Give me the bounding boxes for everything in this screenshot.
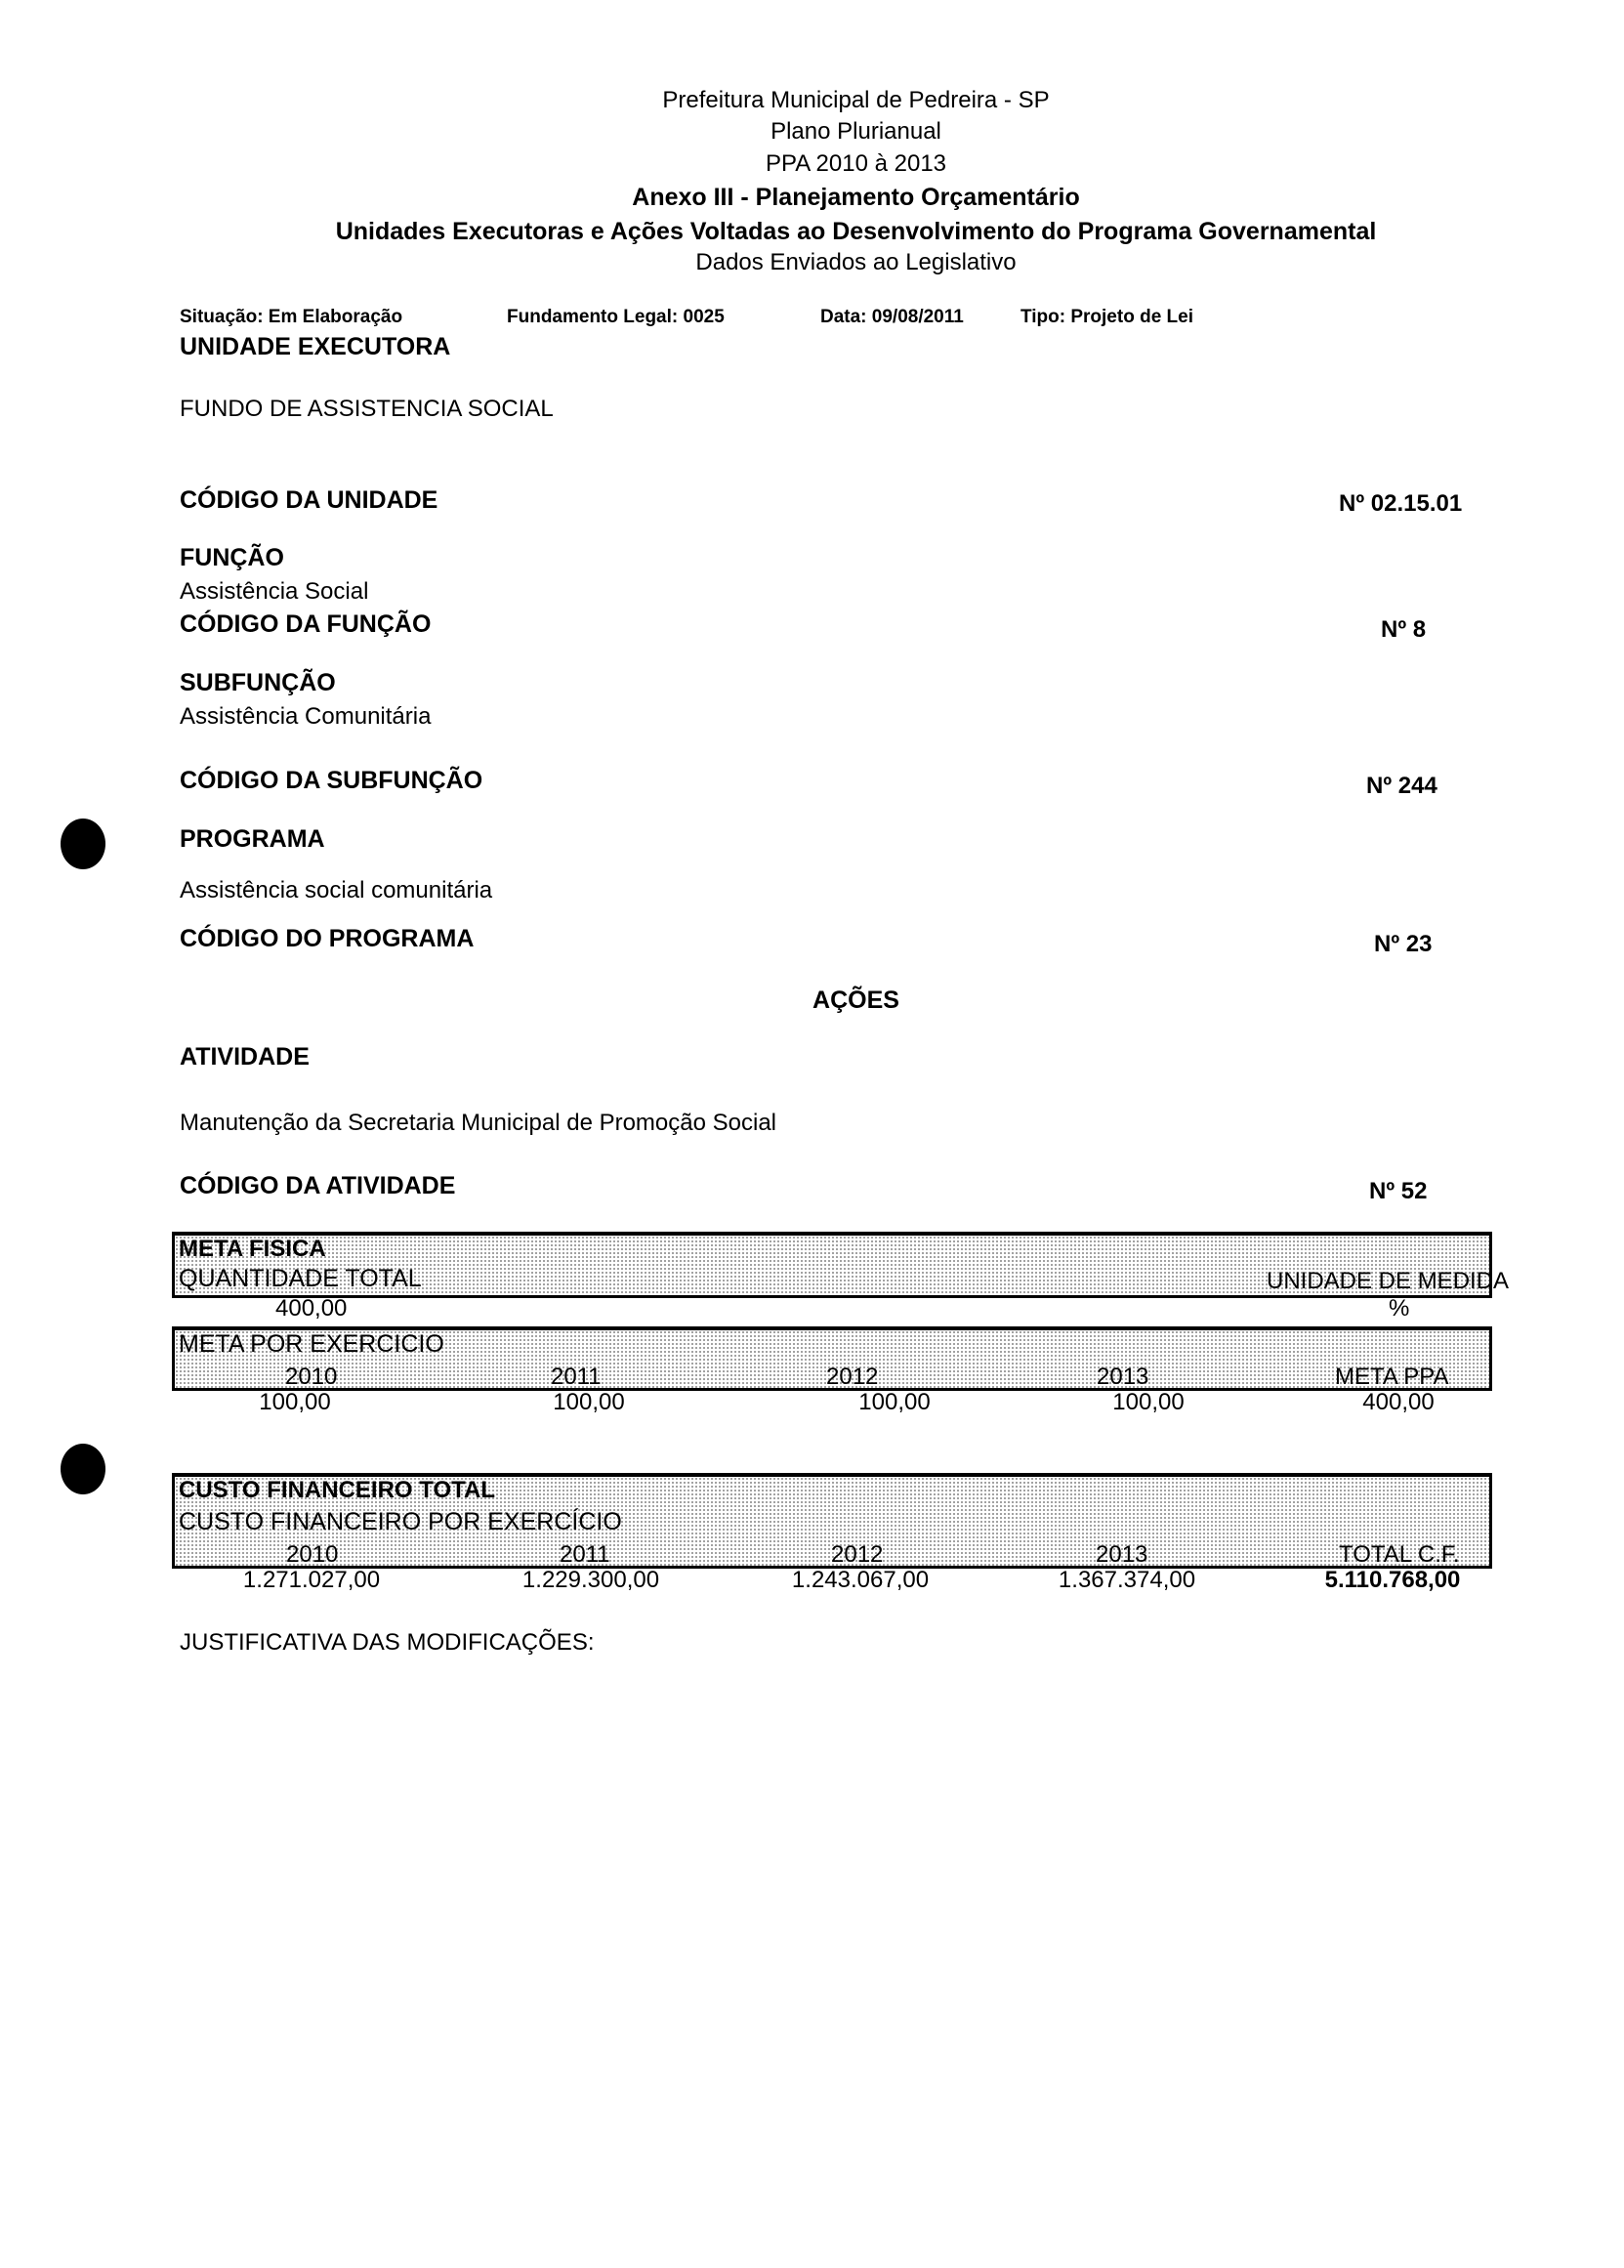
unidade-medida-value: %	[1389, 1295, 1409, 1323]
custo-value-2010: 1.271.027,00	[185, 1567, 438, 1594]
meta-year-2012: 2012	[826, 1364, 878, 1391]
meta-value-2011: 100,00	[462, 1389, 716, 1416]
codigo-programa-label: CÓDIGO DO PROGRAMA	[180, 925, 474, 953]
meta-fisica-box: META FISICA QUANTIDADE TOTAL UNIDADE DE …	[172, 1232, 1492, 1298]
programa-label: PROGRAMA	[180, 825, 325, 854]
fundamento-legal-field: Fundamento Legal: 0025	[507, 307, 725, 328]
codigo-programa-value: Nº 23	[1374, 931, 1432, 958]
quantidade-total-value: 400,00	[275, 1295, 347, 1323]
unidade-executora-value: FUNDO DE ASSISTENCIA SOCIAL	[180, 396, 554, 423]
acoes-title: AÇÕES	[0, 987, 1624, 1015]
justificativa-label: JUSTIFICATIVA DAS MODIFICAÇÕES:	[180, 1629, 595, 1657]
custo-financeiro-box: CUSTO FINANCEIRO TOTAL CUSTO FINANCEIRO …	[172, 1473, 1492, 1569]
unidade-executora-label: UNIDADE EXECUTORA	[180, 333, 450, 361]
meta-fisica-title: META FISICA	[179, 1236, 326, 1263]
funcao-value: Assistência Social	[180, 578, 368, 606]
meta-year-2013: 2013	[1097, 1364, 1148, 1391]
custo-year-2013: 2013	[1096, 1541, 1147, 1569]
custo-value-2012: 1.243.067,00	[733, 1567, 987, 1594]
custo-value-2011: 1.229.300,00	[464, 1567, 718, 1594]
custo-financeiro-total-title: CUSTO FINANCEIRO TOTAL	[179, 1477, 495, 1504]
codigo-unidade-value: Nº 02.15.01	[1339, 490, 1462, 518]
programa-value: Assistência social comunitária	[180, 877, 492, 904]
codigo-funcao-label: CÓDIGO DA FUNÇÃO	[180, 610, 431, 639]
meta-por-exercicio-box: META POR EXERCICIO 2010 2011 2012 2013 M…	[172, 1326, 1492, 1391]
header-subtitle: Unidades Executoras e Ações Voltadas ao …	[0, 218, 1624, 245]
codigo-atividade-label: CÓDIGO DA ATIVIDADE	[180, 1172, 455, 1200]
custo-year-2012: 2012	[831, 1541, 883, 1569]
header-annex-title: Anexo III - Planejamento Orçamentário	[0, 184, 1624, 211]
meta-value-2010: 100,00	[168, 1389, 422, 1416]
meta-por-exercicio-label: META POR EXERCICIO	[179, 1330, 444, 1359]
header-sent-note: Dados Enviados ao Legislativo	[0, 249, 1624, 276]
custo-year-2011: 2011	[560, 1541, 610, 1569]
codigo-funcao-value: Nº 8	[1381, 616, 1426, 644]
custo-year-2010: 2010	[286, 1541, 338, 1569]
meta-ppa-value: 400,00	[1271, 1389, 1525, 1416]
subfuncao-value: Assistência Comunitária	[180, 703, 431, 731]
meta-year-2011: 2011	[551, 1364, 602, 1391]
meta-ppa-label: META PPA	[1335, 1364, 1448, 1391]
quantidade-total-label: QUANTIDADE TOTAL	[179, 1265, 422, 1293]
custo-por-exercicio-label: CUSTO FINANCEIRO POR EXERCÍCIO	[179, 1508, 622, 1536]
meta-value-2013: 100,00	[1021, 1389, 1275, 1416]
atividade-label: ATIVIDADE	[180, 1043, 310, 1071]
header-plan-name: Plano Plurianual	[0, 118, 1624, 146]
codigo-subfuncao-value: Nº 244	[1366, 773, 1437, 800]
situacao-field: Situação: Em Elaboração	[180, 307, 402, 328]
funcao-label: FUNÇÃO	[180, 544, 284, 572]
tipo-field: Tipo: Projeto de Lei	[1020, 307, 1193, 328]
header-municipality: Prefeitura Municipal de Pedreira - SP	[0, 87, 1624, 114]
meta-value-2012: 100,00	[768, 1389, 1021, 1416]
codigo-atividade-value: Nº 52	[1369, 1178, 1427, 1205]
meta-year-2010: 2010	[285, 1364, 337, 1391]
atividade-value: Manutenção da Secretaria Municipal de Pr…	[180, 1110, 776, 1137]
punch-hole-mark	[61, 819, 105, 869]
custo-value-2013: 1.367.374,00	[1000, 1567, 1254, 1594]
punch-hole-mark	[61, 1444, 105, 1494]
total-cf-value: 5.110.768,00	[1266, 1567, 1520, 1594]
meta-fisica-underline	[175, 1295, 1489, 1298]
subfuncao-label: SUBFUNÇÃO	[180, 669, 336, 697]
unidade-medida-label: UNIDADE DE MEDIDA	[1267, 1268, 1509, 1295]
codigo-unidade-label: CÓDIGO DA UNIDADE	[180, 486, 437, 515]
date-field: Data: 09/08/2011	[820, 307, 964, 328]
header-ppa-period: PPA 2010 à 2013	[0, 150, 1624, 178]
total-cf-label: TOTAL C.F.	[1339, 1541, 1460, 1569]
codigo-subfuncao-label: CÓDIGO DA SUBFUNÇÃO	[180, 767, 482, 795]
